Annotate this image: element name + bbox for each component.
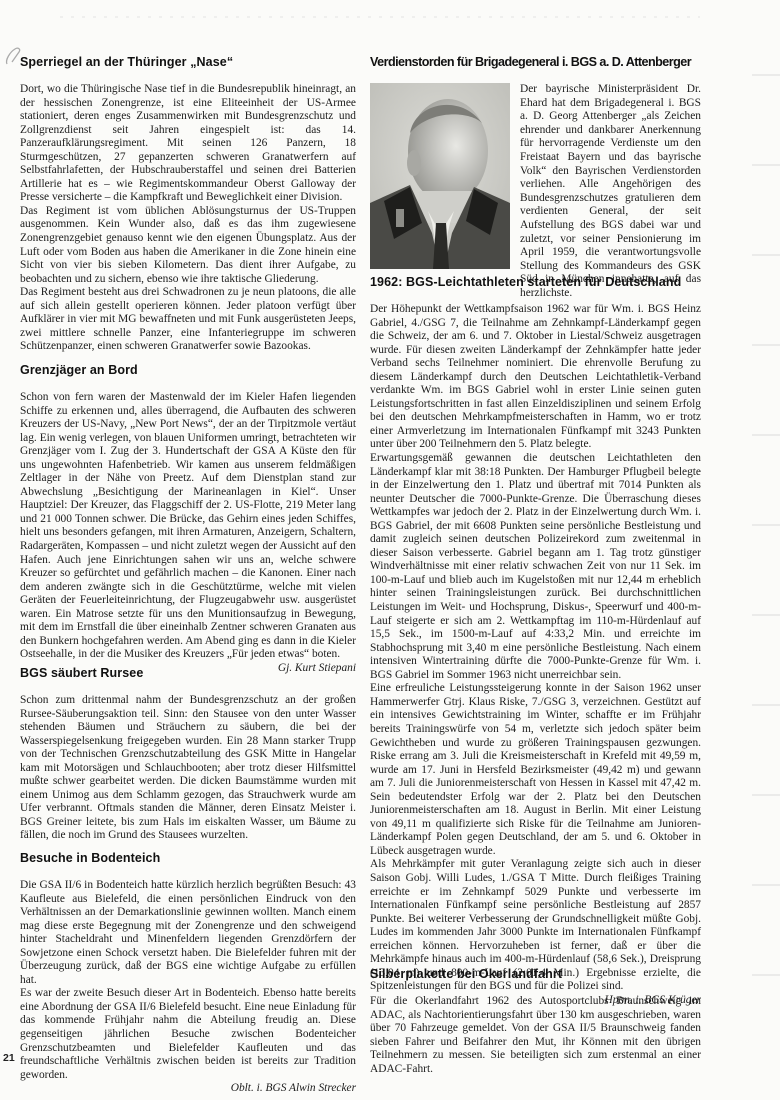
- article-grenzjaeger: Grenzjäger an Bord Schon von fern waren …: [20, 363, 356, 675]
- article-body: Der Höhepunkt der Wettkampfsaison 1962 w…: [370, 303, 701, 1007]
- article-leichtathleten: 1962: BGS-Leichtathleten starteten für D…: [370, 275, 701, 1007]
- article-body: Der bayrische Ministerpräsident Dr. Ehar…: [520, 83, 701, 301]
- article-body: Schon zum drittenmal nahm der Bundesgren…: [20, 694, 356, 843]
- portrait-photo: [370, 83, 510, 269]
- author-signature: Oblt. i. BGS Alwin Strecker: [20, 1082, 356, 1096]
- paragraph: Die GSA II/6 in Bodenteich hatte kürzlic…: [20, 879, 356, 987]
- article-body: Dort, wo die Thüringische Nase tief in d…: [20, 83, 356, 354]
- article-rursee: BGS säubert Rursee Schon zum drittenmal …: [20, 666, 356, 843]
- scan-artifact-right-margin: [752, 40, 780, 1040]
- article-verdienstorden: Verdienstorden für Brigadegeneral i. BGS…: [370, 55, 701, 273]
- paragraph: Das Regiment ist vom üblichen Ablösungst…: [20, 205, 356, 286]
- article-title: 1962: BGS-Leichtathleten starteten für D…: [370, 275, 701, 289]
- article-title: Besuche in Bodenteich: [20, 851, 356, 865]
- article-title: BGS säubert Rursee: [20, 666, 356, 680]
- scan-artifact-top: [60, 16, 700, 18]
- paragraph: Der Höhepunkt der Wettkampfsaison 1962 w…: [370, 303, 701, 452]
- paragraph: Eine erfreuliche Leistungssteigerung kon…: [370, 682, 701, 858]
- article-title: Grenzjäger an Bord: [20, 363, 356, 377]
- article-title: Verdienstorden für Brigadegeneral i. BGS…: [370, 55, 701, 69]
- paragraph: Schon von fern waren der Mastenwald der …: [20, 391, 356, 660]
- paragraph: Schon zum drittenmal nahm der Bundesgren…: [20, 694, 356, 843]
- article-sperriegel: Sperriegel an der Thüringer „Nase“ Dort,…: [20, 55, 356, 354]
- page-number: 21: [3, 1052, 15, 1064]
- article-body: Die GSA II/6 in Bodenteich hatte kürzlic…: [20, 879, 356, 1096]
- article-okerlandfahrt: Silberplakette bei Okerlandfahrt Für die…: [370, 967, 701, 1076]
- paragraph: Erwartungsgemäß gewannen die deutschen L…: [370, 452, 701, 682]
- article-title: Silberplakette bei Okerlandfahrt: [370, 967, 701, 981]
- paragraph: Dort, wo die Thüringische Nase tief in d…: [20, 83, 356, 205]
- paragraph: Für die Okerlandfahrt 1962 des Autosport…: [370, 995, 701, 1076]
- article-bodenteich: Besuche in Bodenteich Die GSA II/6 in Bo…: [20, 851, 356, 1096]
- article-body: Schon von fern waren der Mastenwald der …: [20, 391, 356, 662]
- paragraph: Es war der zweite Besuch dieser Art in B…: [20, 987, 356, 1082]
- article-body: Für die Okerlandfahrt 1962 des Autosport…: [370, 995, 701, 1076]
- article-title: Sperriegel an der Thüringer „Nase“: [20, 55, 356, 69]
- paragraph: Das Regiment besteht aus drei Schwadrone…: [20, 286, 356, 354]
